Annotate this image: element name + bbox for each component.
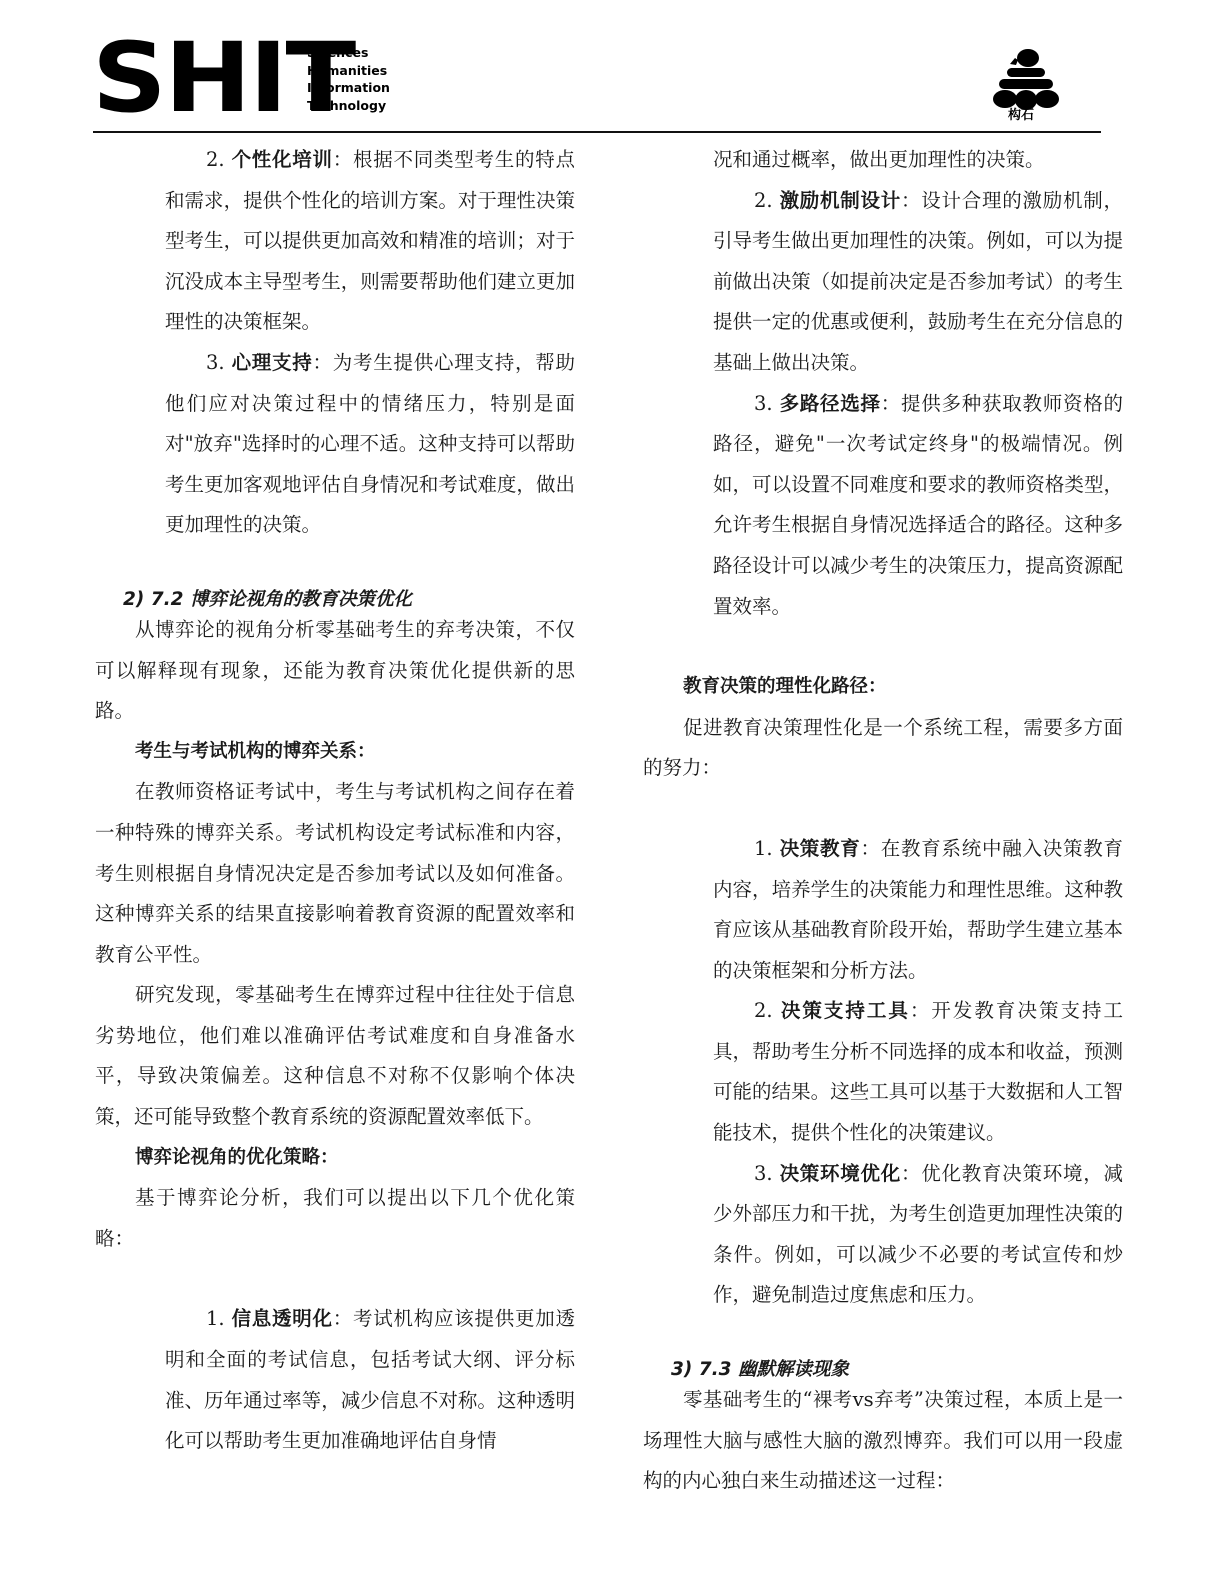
list-item: 2. 个性化培训：根据不同类型考生的特点和需求，提供个性化的培训方案。对于理性决… [165,140,575,343]
list-item: 1. 决策教育：在教育系统中融入决策教育内容，培养学生的决策能力和理性思维。这种… [713,829,1123,991]
header-divider [93,131,1101,133]
paragraph: 在教师资格证考试中，考生与考试机构之间存在着一种特殊的博弈关系。考试机构设定考试… [95,772,575,975]
list-number: 3. [206,351,225,374]
list-number: 1. [754,837,773,860]
list-item-title: 激励机制设计 [780,189,901,212]
list-item: 1. 信息透明化：考试机构应该提供更加透明和全面的考试信息，包括考试大纲、评分标… [165,1299,575,1461]
paragraph: 研究发现，零基础考生在博弈过程中往往处于信息劣势地位，他们难以准确评估考试难度和… [95,975,575,1137]
logo-subtitle-line: Information [307,79,390,97]
paragraph: 零基础考生的“裸考vs弃考”决策过程，本质上是一场理性大脑与感性大脑的激烈博弈。… [643,1380,1123,1502]
list-number: 3. [754,1162,773,1185]
list-number: 1. [206,1307,225,1330]
list-item-title: 决策支持工具 [781,999,910,1022]
list-item-title: 心理支持 [232,351,313,374]
list-number: 2. [754,189,773,212]
logo-subtitle-line: Technology [307,97,390,115]
list-item-text: 设计合理的激励机制，引导考生做出更加理性的决策。例如，可以为提前做出决策（如提前… [713,189,1123,374]
list-number: 3. [754,392,773,415]
list-number: 2. [754,999,773,1022]
list-item: 2. 决策支持工具：开发教育决策支持工具，帮助考生分析不同选择的成本和收益，预测… [713,991,1123,1153]
paragraph: 促进教育决策理性化是一个系统工程，需要多方面的努力： [643,708,1123,789]
list-item-title: 决策教育 [780,837,861,860]
list-item-text: 根据不同类型考生的特点和需求，提供个性化的培训方案。对于理性决策型考生，可以提供… [165,148,575,333]
left-column: 2. 个性化培训：根据不同类型考生的特点和需求，提供个性化的培训方案。对于理性决… [95,140,575,1462]
sub-heading: 教育决策的理性化路径： [643,667,1123,708]
logo-subtitle: Sciences Humanities Information Technolo… [307,44,390,114]
list-item: 3. 多路径选择：提供多种获取教师资格的路径，避免"一次考试定终身"的极端情况。… [713,384,1123,628]
list-item-text: 为考生提供心理支持，帮助他们应对决策过程中的情绪压力，特别是面对"放弃"选择时的… [165,351,575,536]
paragraph: 从博弈论的视角分析零基础考生的弃考决策，不仅可以解释现有现象，还能为教育决策优化… [95,610,575,732]
paragraph: 基于博弈论分析，我们可以提出以下几个优化策略： [95,1178,575,1259]
paragraph: 况和通过概率，做出更加理性的决策。 [713,140,1123,181]
list-number: 2. [206,148,225,171]
list-item-title: 决策环境优化 [780,1162,901,1185]
list-item-text: 提供多种获取教师资格的路径，避免"一次考试定终身"的极端情况。例如，可以设置不同… [713,392,1123,618]
list-item-text: 考试机构应该提供更加透明和全面的考试信息，包括考试大纲、评分标准、历年通过率等，… [165,1307,575,1452]
list-item: 3. 决策环境优化：优化教育决策环境，减少外部压力和干扰，为考生创造更加理性决策… [713,1154,1123,1316]
list-item-title: 信息透明化 [232,1307,333,1330]
logo-subtitle-line: Humanities [307,62,390,80]
list-item-title: 多路径选择 [780,392,881,415]
page-header: SHIT Sciences Humanities Information Tec… [0,0,1224,135]
emblem-label: 构石 [1008,104,1034,123]
list-item: 3. 心理支持：为考生提供心理支持，帮助他们应对决策过程中的情绪压力，特别是面对… [165,343,575,546]
list-item-title: 个性化培训 [232,148,333,171]
right-column: 况和通过概率，做出更加理性的决策。 2. 激励机制设计：设计合理的激励机制，引导… [643,140,1123,1502]
sub-heading: 考生与考试机构的博弈关系： [95,732,575,773]
sub-heading: 博弈论视角的优化策略： [95,1138,575,1179]
list-item-continuation: 况和通过概率，做出更加理性的决策。 [713,140,1123,181]
list-item: 2. 激励机制设计：设计合理的激励机制，引导考生做出更加理性的决策。例如，可以为… [713,181,1123,384]
logo-subtitle-line: Sciences [307,44,390,62]
list-item-text: 在教育系统中融入决策教育内容，培养学生的决策能力和理性思维。这种教育应该从基础教… [713,837,1123,982]
